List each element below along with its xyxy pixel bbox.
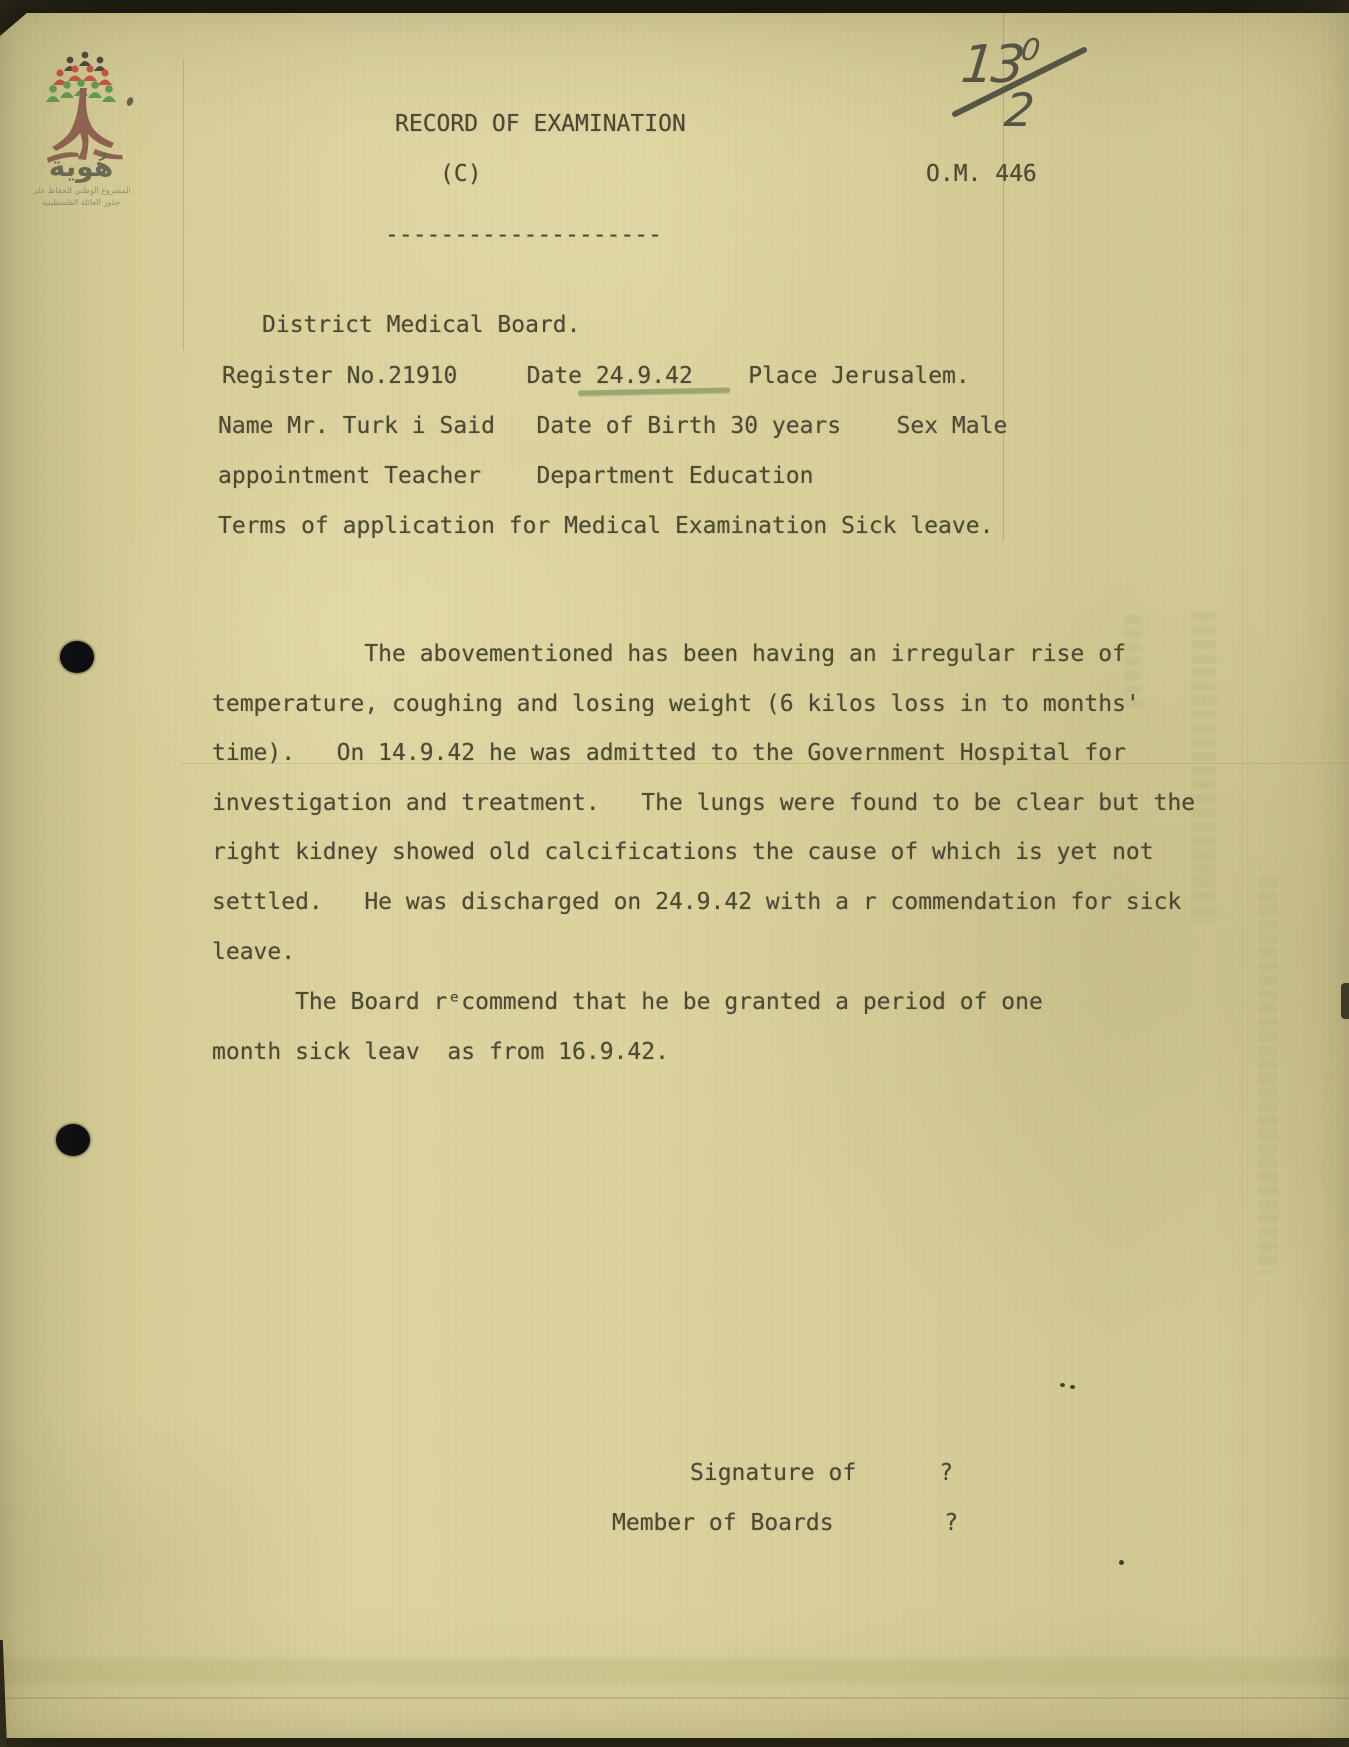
ink-speck (1119, 1560, 1124, 1565)
divider-dashes: -------------------- (385, 221, 662, 249)
name-line: Name Mr. Turk i Said Date of Birth 30 ye… (218, 412, 1007, 440)
appointment-line: appointment Teacher Department Education (218, 462, 813, 490)
huwiyya-tree-logo-icon: هُوية المشروع الوطني للحفاظ على جذور الع… (33, 46, 138, 211)
findings-line: settled. He was discharged on 24.9.42 wi… (212, 888, 1181, 916)
register-line: Register No.21910 Date 24.9.42 Place Jer… (222, 362, 970, 390)
findings-line: time). On 14.9.42 he was admitted to the… (212, 739, 1126, 767)
findings-line: investigation and treatment. The lungs w… (212, 789, 1195, 817)
findings-line: right kidney showed old calcifications t… (212, 838, 1154, 866)
findings-line: The abovementioned has been having an ir… (212, 640, 1126, 668)
copy-mark: (C) (440, 160, 482, 188)
logo-tagline-2: جذور العائلة الفلسطينية (42, 198, 121, 207)
findings-line: leave. (212, 938, 295, 966)
ink-speck (1060, 1383, 1065, 1387)
member-of-boards-line: Member of Boards ? (612, 1509, 958, 1537)
recommendation-line: month sick leav as from 16.9.42. (212, 1038, 669, 1066)
logo-tagline-1: المشروع الوطني للحفاظ على (33, 186, 131, 195)
logo-brand-word: هُوية (49, 150, 113, 183)
punch-hole-bottom (56, 1124, 90, 1156)
page-title: RECORD OF EXAMINATION (395, 110, 686, 138)
bleedthrough-text (1124, 615, 1142, 710)
handwritten-0: 0 (1019, 33, 1042, 68)
paper-background (0, 0, 1349, 1747)
recommendation-line: The Board rᵉcommend that he be granted a… (212, 988, 1043, 1016)
terms-line: Terms of application for Medical Examina… (218, 512, 993, 540)
findings-line: temperature, coughing and losing weight … (212, 690, 1140, 718)
punch-hole-top (60, 641, 94, 673)
signature-line: Signature of ? (690, 1459, 953, 1487)
form-number: O.M. 446 (926, 160, 1037, 188)
scanned-document: هُوية المشروع الوطني للحفاظ على جذور الع… (0, 0, 1349, 1747)
handwritten-ref-number: 13 0 2 (940, 22, 1100, 134)
board-name: District Medical Board. (262, 311, 581, 339)
bleedthrough-text (1258, 878, 1278, 1273)
bleedthrough-text (1192, 612, 1216, 922)
